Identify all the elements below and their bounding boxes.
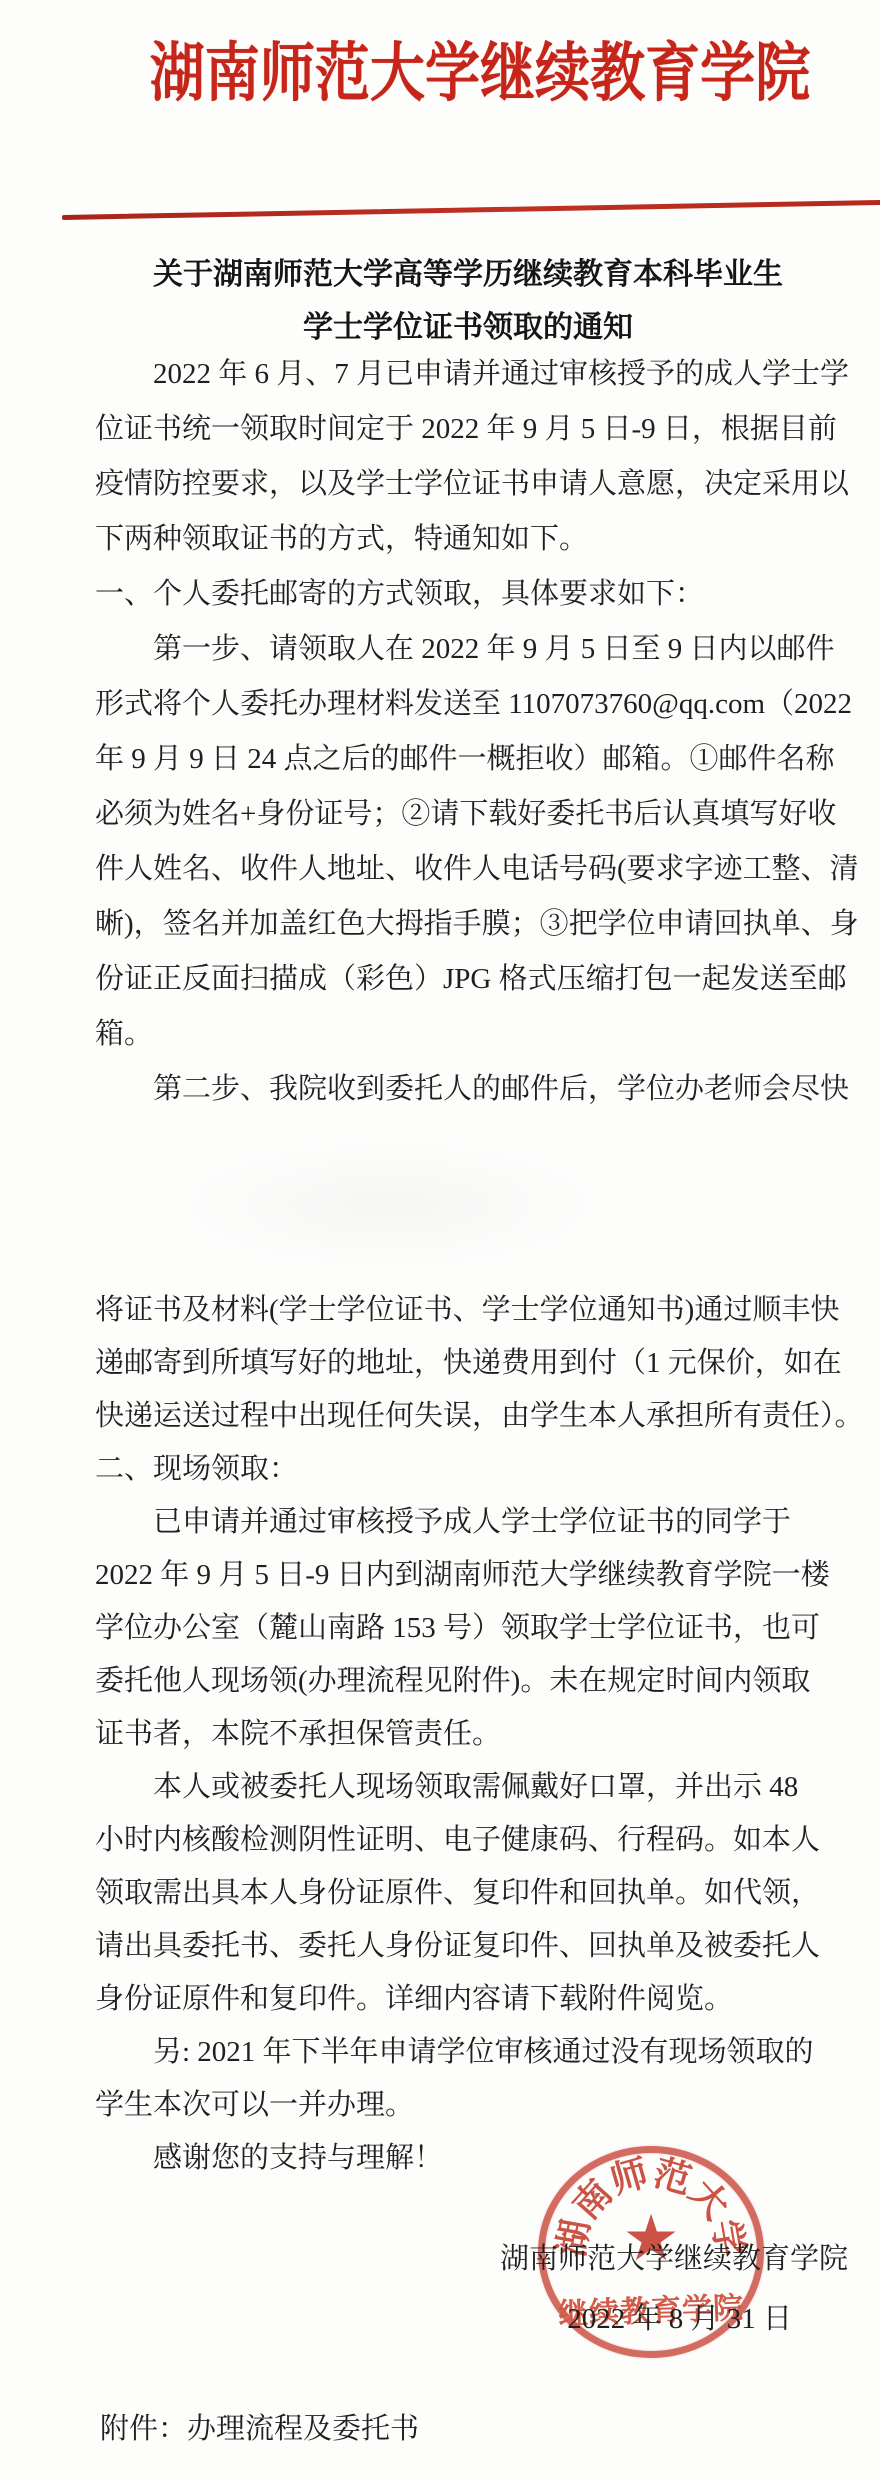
body-line: 2022 年 6 月、7 月已申请并通过审核授予的成人学士学 (95, 347, 865, 402)
signature-line: 湖南师范大学继续教育学院 (500, 2236, 848, 2277)
body-line: 证书者，本院不承担保管责任。 (95, 1708, 865, 1761)
letterhead-divider-rule (62, 200, 880, 220)
body-line: 第一步、请领取人在 2022 年 9 月 5 日至 9 日内以邮件 (95, 622, 865, 677)
body-line: 快递运送过程中出现任何失误，由学生本人承担所有责任）。 (95, 1390, 865, 1443)
body-line: 必须为姓名+身份证号；②请下载好委托书后认真填写好收 (95, 787, 865, 842)
body-line: 小时内核酸检测阴性证明、电子健康码、行程码。如本人 (95, 1814, 865, 1867)
body-line: 形式将个人委托办理材料发送至 1107073760@qq.com（2022 (95, 677, 865, 732)
body-page1: 2022 年 6 月、7 月已申请并通过审核授予的成人学士学 位证书统一领取时间… (95, 347, 865, 1117)
body-line: 箱。 (95, 1007, 865, 1062)
body-line: 第二步、我院收到委托人的邮件后，学位办老师会尽快 (95, 1062, 865, 1117)
section-1-heading: 一、个人委托邮寄的方式领取，具体要求如下： (95, 567, 865, 622)
body-line: 另: 2021 年下半年申请学位审核通过没有现场领取的 (95, 2026, 865, 2079)
body-line: 领取需出具本人身份证原件、复印件和回执单。如代领， (95, 1867, 865, 1920)
body-line: 位证书统一领取时间定于 2022 年 9 月 5 日-9 日，根据目前 (95, 402, 865, 457)
notice-title-line1: 关于湖南师范大学高等学历继续教育本科毕业生 (28, 249, 880, 293)
notice-title-line2: 学士学位证书领取的通知 (28, 302, 880, 346)
body-line: 已申请并通过审核授予成人学士学位证书的同学于 (95, 1496, 865, 1549)
body-line: 2022 年 9 月 5 日-9 日内到湖南师范大学继续教育学院一楼 (95, 1549, 865, 1602)
body-line: 年 9 月 9 日 24 点之后的邮件一概拒收）邮箱。①邮件名称 (95, 732, 865, 787)
page-break-scan-smudge (180, 1140, 600, 1270)
body-page2: 将证书及材料(学士学位证书、学士学位通知书)通过顺丰快 递邮寄到所填写好的地址，… (95, 1284, 865, 2185)
body-line: 疫情防控要求，以及学士学位证书申请人意愿，决定采用以 (95, 457, 865, 512)
attachment-line: 附件：办理流程及委托书 (100, 2406, 419, 2447)
body-line: 下两种领取证书的方式，特通知如下。 (95, 512, 865, 567)
body-line: 将证书及材料(学士学位证书、学士学位通知书)通过顺丰快 (95, 1284, 865, 1337)
body-line: 委托他人现场领(办理流程见附件)。未在规定时间内领取 (95, 1655, 865, 1708)
body-line: 身份证原件和复印件。详细内容请下载附件阅览。 (95, 1973, 865, 2026)
section-2-heading: 二、现场领取： (95, 1443, 865, 1496)
body-line: 件人姓名、收件人地址、收件人电话号码(要求字迹工整、清 (95, 842, 865, 897)
scanned-notice-page: 湖南师范大学继续教育学院 关于湖南师范大学高等学历继续教育本科毕业生 学士学位证… (0, 0, 880, 2481)
body-line: 份证正反面扫描成（彩色）JPG 格式压缩打包一起发送至邮 (95, 952, 865, 1007)
body-line: 请出具委托书、委托人身份证复印件、回执单及被委托人 (95, 1920, 865, 1973)
body-line: 学位办公室（麓山南路 153 号）领取学士学位证书，也可 (95, 1602, 865, 1655)
body-line: 晰)，签名并加盖红色大拇指手膜；③把学位申请回执单、身 (95, 897, 865, 952)
body-line: 本人或被委托人现场领取需佩戴好口罩，并出示 48 (95, 1761, 865, 1814)
body-line: 递邮寄到所填写好的地址，快递费用到付（1 元保价，如在 (95, 1337, 865, 1390)
letterhead-title: 湖南师范大学继续教育学院 (102, 22, 859, 114)
date-line: 2022 年 8 月 31 日 (567, 2296, 792, 2337)
body-line: 学生本次可以一并办理。 (95, 2079, 865, 2132)
